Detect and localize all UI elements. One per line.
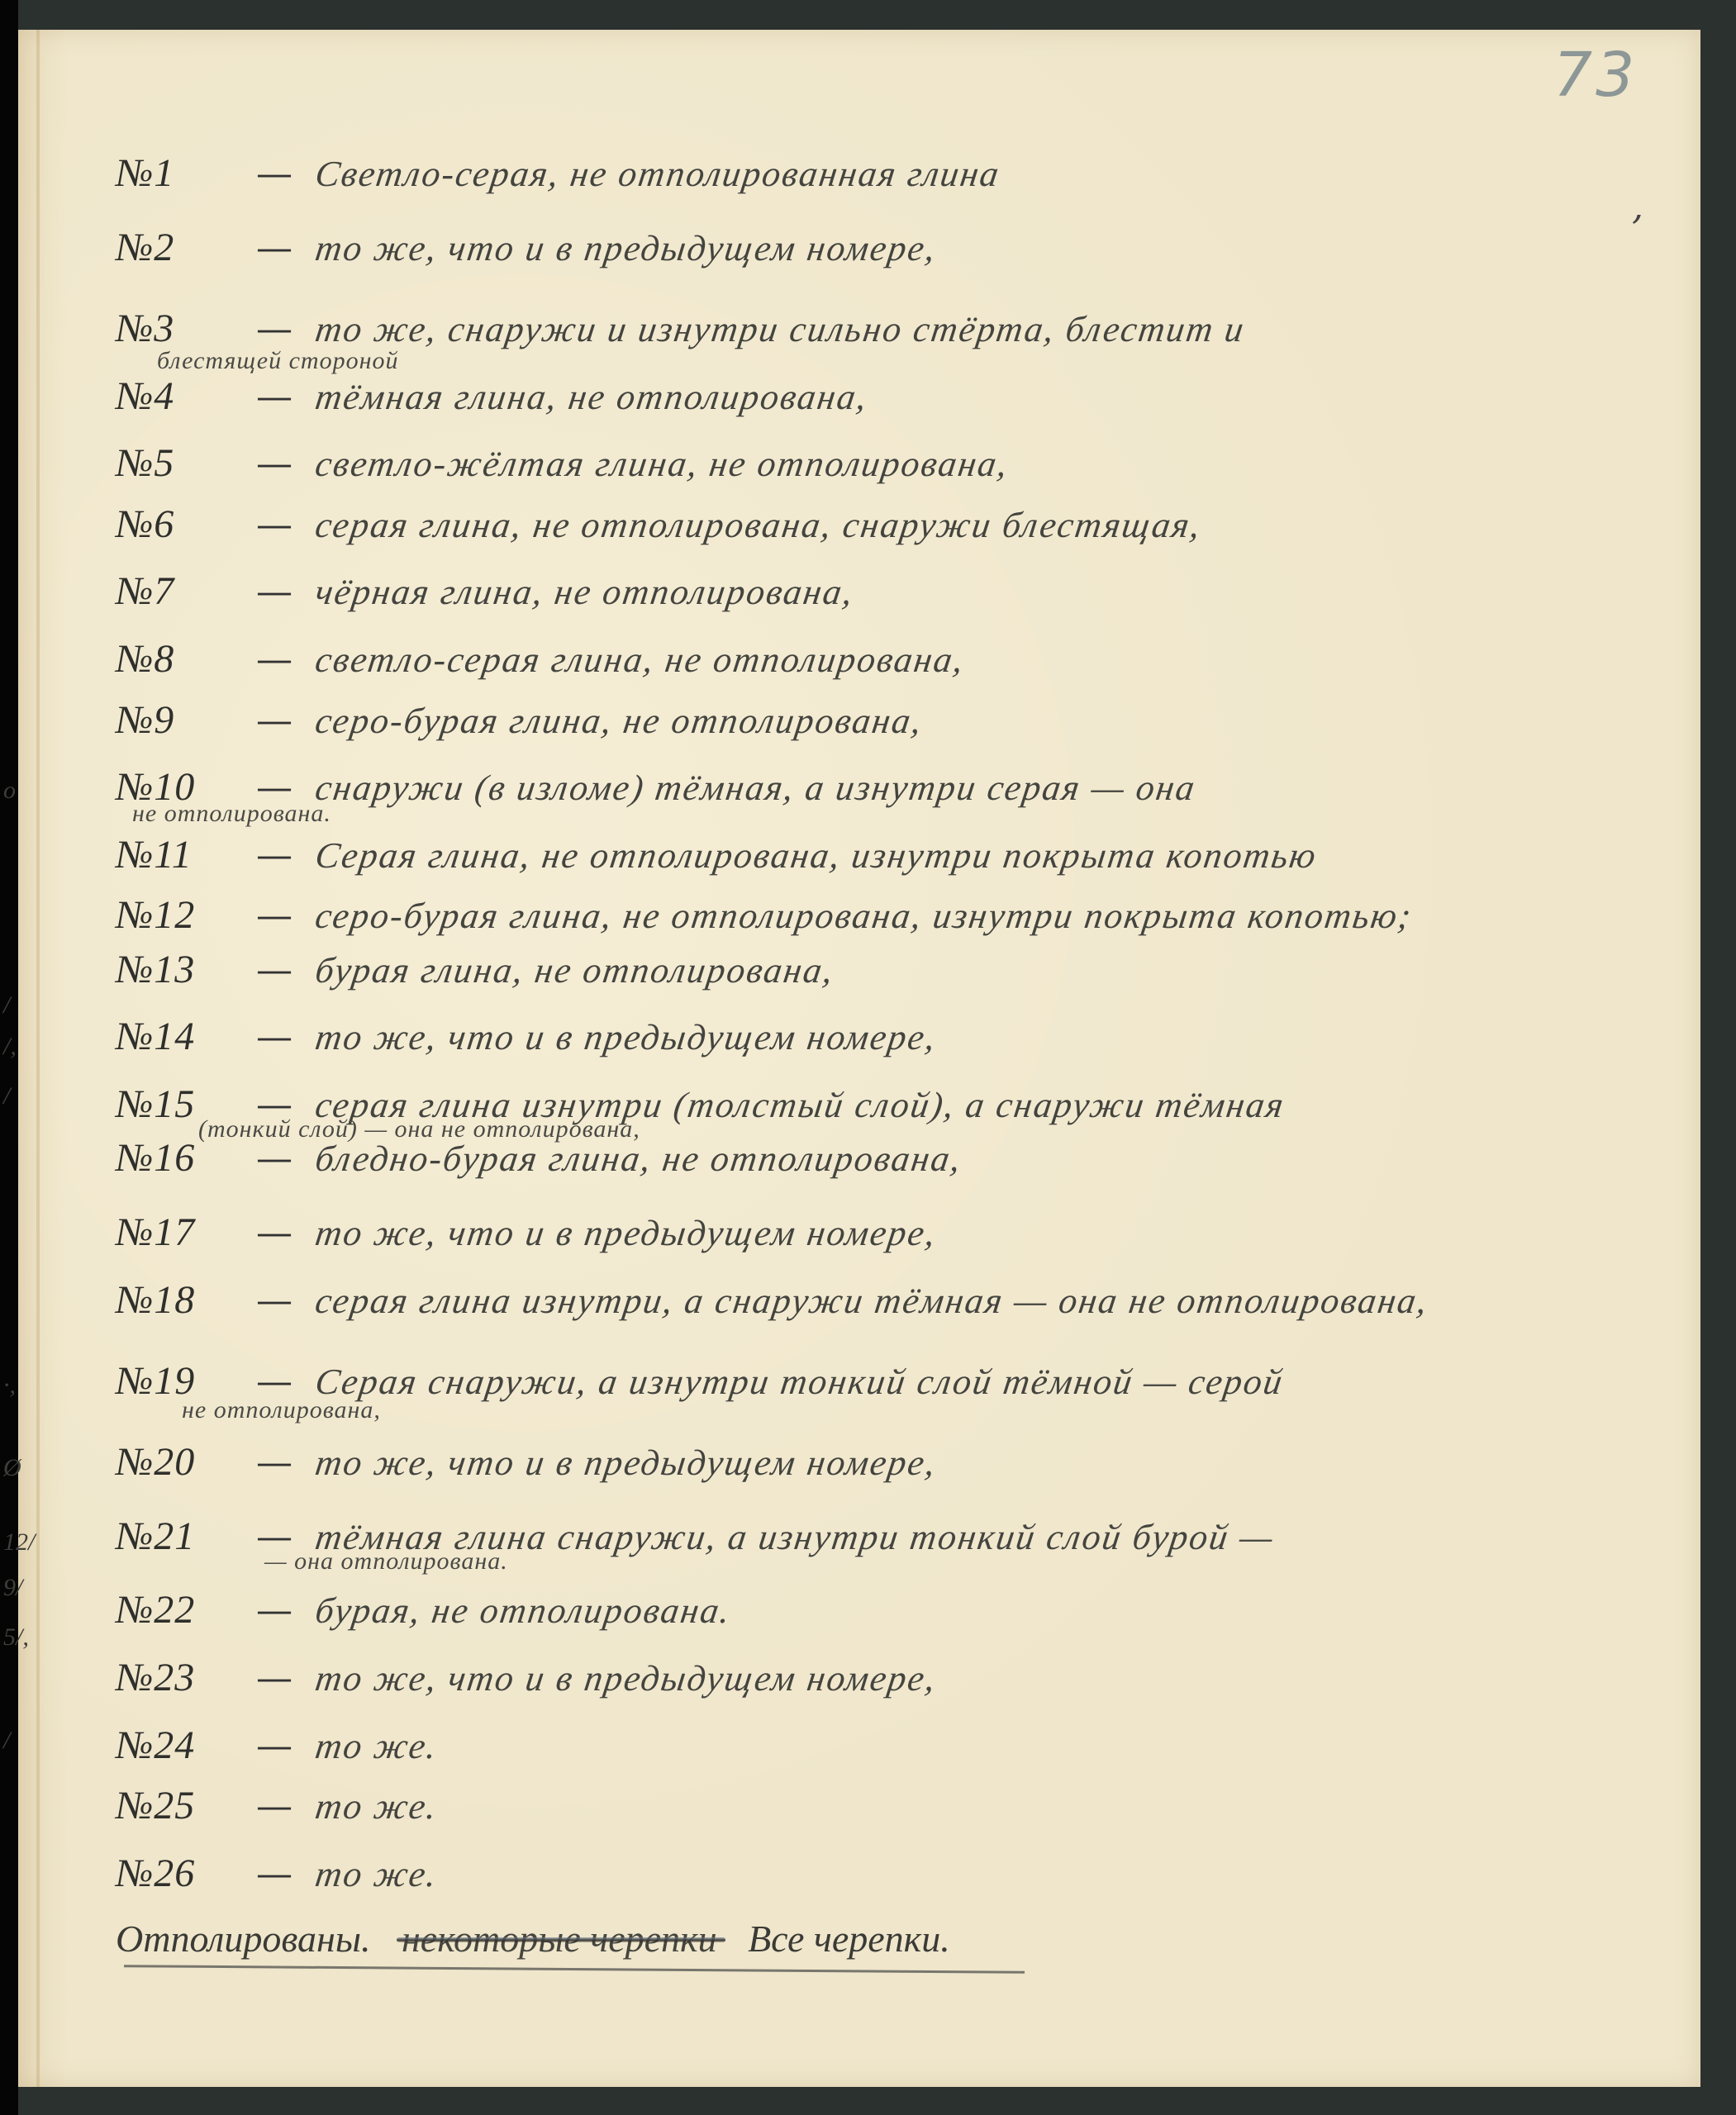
entry-dash: — xyxy=(256,1016,293,1058)
entry-number: №18 xyxy=(116,1277,256,1323)
folio-number: 73 xyxy=(1553,40,1638,111)
entry-dash: — xyxy=(256,227,293,269)
entry-number: №26 xyxy=(116,1851,256,1896)
entry-dash: — xyxy=(256,308,293,350)
interlinear-note: не отполирована, xyxy=(182,1396,381,1424)
margin-mark: ·, xyxy=(3,1371,16,1400)
list-item: №17—то же, что и в предыдущем номере, xyxy=(116,1210,936,1255)
entry-number: №20 xyxy=(116,1439,256,1485)
entry-dash: — xyxy=(256,639,293,681)
entry-description: серо-бурая глина, не отполирована, изнут… xyxy=(312,895,1415,937)
list-item: №8—светло-серая глина, не отполирована, xyxy=(116,636,964,682)
entry-number: №6 xyxy=(116,501,256,547)
entry-dash: — xyxy=(256,153,293,195)
margin-mark: 12/ xyxy=(3,1528,35,1557)
list-item: №6—серая глина, не отполирована, снаружи… xyxy=(116,501,1201,547)
entry-dash: — xyxy=(256,443,293,485)
entry-description: светло-жёлтая глина, не отполирована, xyxy=(312,443,1011,485)
entry-number: №12 xyxy=(116,892,256,938)
entry-description: бурая, не отполирована. xyxy=(312,1590,734,1632)
list-item: №26—то же. xyxy=(116,1851,438,1896)
list-item: №13—бурая глина, не отполирована, xyxy=(116,947,834,992)
list-item: №4—тёмная глина, не отполирована, xyxy=(116,373,868,419)
entry-description: то же. xyxy=(312,1785,440,1827)
entry-description: чёрная глина, не отполирована, xyxy=(312,571,856,613)
final-tail-text: Все черепки. xyxy=(748,1918,950,1960)
margin-mark: / xyxy=(3,991,10,1019)
margin-mark: /, xyxy=(3,1033,17,1061)
margin-mark: о xyxy=(3,777,16,805)
entry-description: то же. xyxy=(312,1853,440,1895)
entry-number: №22 xyxy=(116,1587,256,1633)
entry-number: №17 xyxy=(116,1210,256,1255)
entry-number: №3 xyxy=(116,306,256,351)
margin-mark: / xyxy=(3,1082,10,1110)
entry-dash: — xyxy=(256,504,293,546)
list-item: №11—Серая глина, не отполирована, изнутр… xyxy=(116,832,1317,877)
entry-number: №4 xyxy=(116,373,256,419)
entry-description: то же, что и в предыдущем номере, xyxy=(312,1657,939,1699)
entry-dash: — xyxy=(256,834,293,877)
entry-dash: — xyxy=(256,949,293,991)
list-item: №23—то же, что и в предыдущем номере, xyxy=(116,1655,936,1700)
entry-description: тёмная глина, не отполирована, xyxy=(312,376,870,418)
margin-mark: Ø xyxy=(3,1454,21,1482)
interlinear-note: — она отполирована. xyxy=(264,1547,508,1576)
entry-dash: — xyxy=(256,1280,293,1322)
entry-description: Серая снаружи, а изнутри тонкий слой тём… xyxy=(312,1361,1286,1403)
list-item: №3—то же, снаружи и изнутри сильно стёрт… xyxy=(116,306,1245,351)
entry-number: №23 xyxy=(116,1655,256,1700)
stray-comma: , xyxy=(1632,186,1643,228)
entry-number: №2 xyxy=(116,225,256,270)
entry-dash: — xyxy=(256,1725,293,1767)
entry-description: то же, что и в предыдущем номере, xyxy=(312,1212,939,1254)
entry-number: №13 xyxy=(116,947,256,992)
entry-dash: — xyxy=(256,1590,293,1632)
entry-description: серая глина изнутри, а снаружи тёмная — … xyxy=(312,1280,1431,1322)
entry-description: то же, что и в предыдущем номере, xyxy=(312,1016,939,1058)
final-lead-text: Отполированы. xyxy=(116,1918,370,1960)
entry-dash: — xyxy=(256,1657,293,1699)
entry-description: бледно-бурая глина, не отполирована, xyxy=(312,1138,964,1180)
list-item: №12—серо-бурая глина, не отполирована, и… xyxy=(116,892,1412,938)
entry-description: Серая глина, не отполирована, изнутри по… xyxy=(312,834,1320,877)
entry-number: №14 xyxy=(116,1014,256,1059)
final-line: Отполированы. некоторые черепки Все чере… xyxy=(116,1917,950,1961)
entry-number: №24 xyxy=(116,1723,256,1768)
interlinear-note: (тонкий слой) — она не отполирована, xyxy=(198,1115,640,1143)
entry-number: №25 xyxy=(116,1783,256,1828)
entry-dash: — xyxy=(256,376,293,418)
entry-number: №21 xyxy=(116,1514,256,1559)
entry-description: бурая глина, не отполирована, xyxy=(312,949,837,991)
margin-mark: / xyxy=(3,1727,10,1755)
list-item: №22—бурая, не отполирована. xyxy=(116,1587,731,1633)
entry-number: №9 xyxy=(116,697,256,743)
entry-number: №11 xyxy=(116,832,256,877)
entry-description: светло-серая глина, не отполирована, xyxy=(312,639,967,681)
entry-dash: — xyxy=(256,1785,293,1827)
entry-description: снаружи (в изломе) тёмная, а изнутри сер… xyxy=(312,767,1198,809)
list-item: №9—серо-бурая глина, не отполирована, xyxy=(116,697,923,743)
entry-number: №8 xyxy=(116,636,256,682)
entry-number: №7 xyxy=(116,568,256,614)
list-item: №5—светло-жёлтая глина, не отполирована, xyxy=(116,440,1009,486)
interlinear-note: блестящей стороной xyxy=(157,347,398,375)
entry-number: №1 xyxy=(116,150,256,196)
list-item: №14—то же, что и в предыдущем номере, xyxy=(116,1014,936,1059)
entry-number: №5 xyxy=(116,440,256,486)
entry-dash: — xyxy=(256,1442,293,1484)
list-item: №7—чёрная глина, не отполирована, xyxy=(116,568,854,614)
margin-mark: 9/ xyxy=(3,1574,22,1602)
entry-description: то же, что и в предыдущем номере, xyxy=(312,227,939,269)
entry-description: то же, снаружи и изнутри сильно стёрта, … xyxy=(312,308,1248,350)
list-item: №25—то же. xyxy=(116,1783,438,1828)
entry-dash: — xyxy=(256,700,293,742)
entry-description: серо-бурая глина, не отполирована, xyxy=(312,700,925,742)
entry-dash: — xyxy=(256,1212,293,1254)
list-item: №24—то же. xyxy=(116,1723,438,1768)
list-item: №2—то же, что и в предыдущем номере, xyxy=(116,225,936,270)
entry-dash: — xyxy=(256,571,293,613)
interlinear-note: не отполирована. xyxy=(132,800,331,828)
entry-description: то же, что и в предыдущем номере, xyxy=(312,1442,939,1484)
entry-description: Светло-серая, не отполированная глина xyxy=(312,153,1002,195)
entry-dash: — xyxy=(256,1138,293,1180)
page-fold-line xyxy=(36,30,40,2087)
entry-dash: — xyxy=(256,1853,293,1895)
entry-description: серая глина, не отполирована, снаружи бл… xyxy=(312,504,1204,546)
entry-dash: — xyxy=(256,895,293,937)
list-item: №1—Светло-серая, не отполированная глина xyxy=(116,150,1000,196)
list-item: №20—то же, что и в предыдущем номере, xyxy=(116,1439,936,1485)
entry-description: то же. xyxy=(312,1725,440,1767)
margin-mark: 5/, xyxy=(3,1623,29,1652)
struck-through-text: некоторые черепки xyxy=(402,1918,717,1960)
list-item: №18—серая глина изнутри, а снаружи тёмна… xyxy=(116,1277,1428,1323)
